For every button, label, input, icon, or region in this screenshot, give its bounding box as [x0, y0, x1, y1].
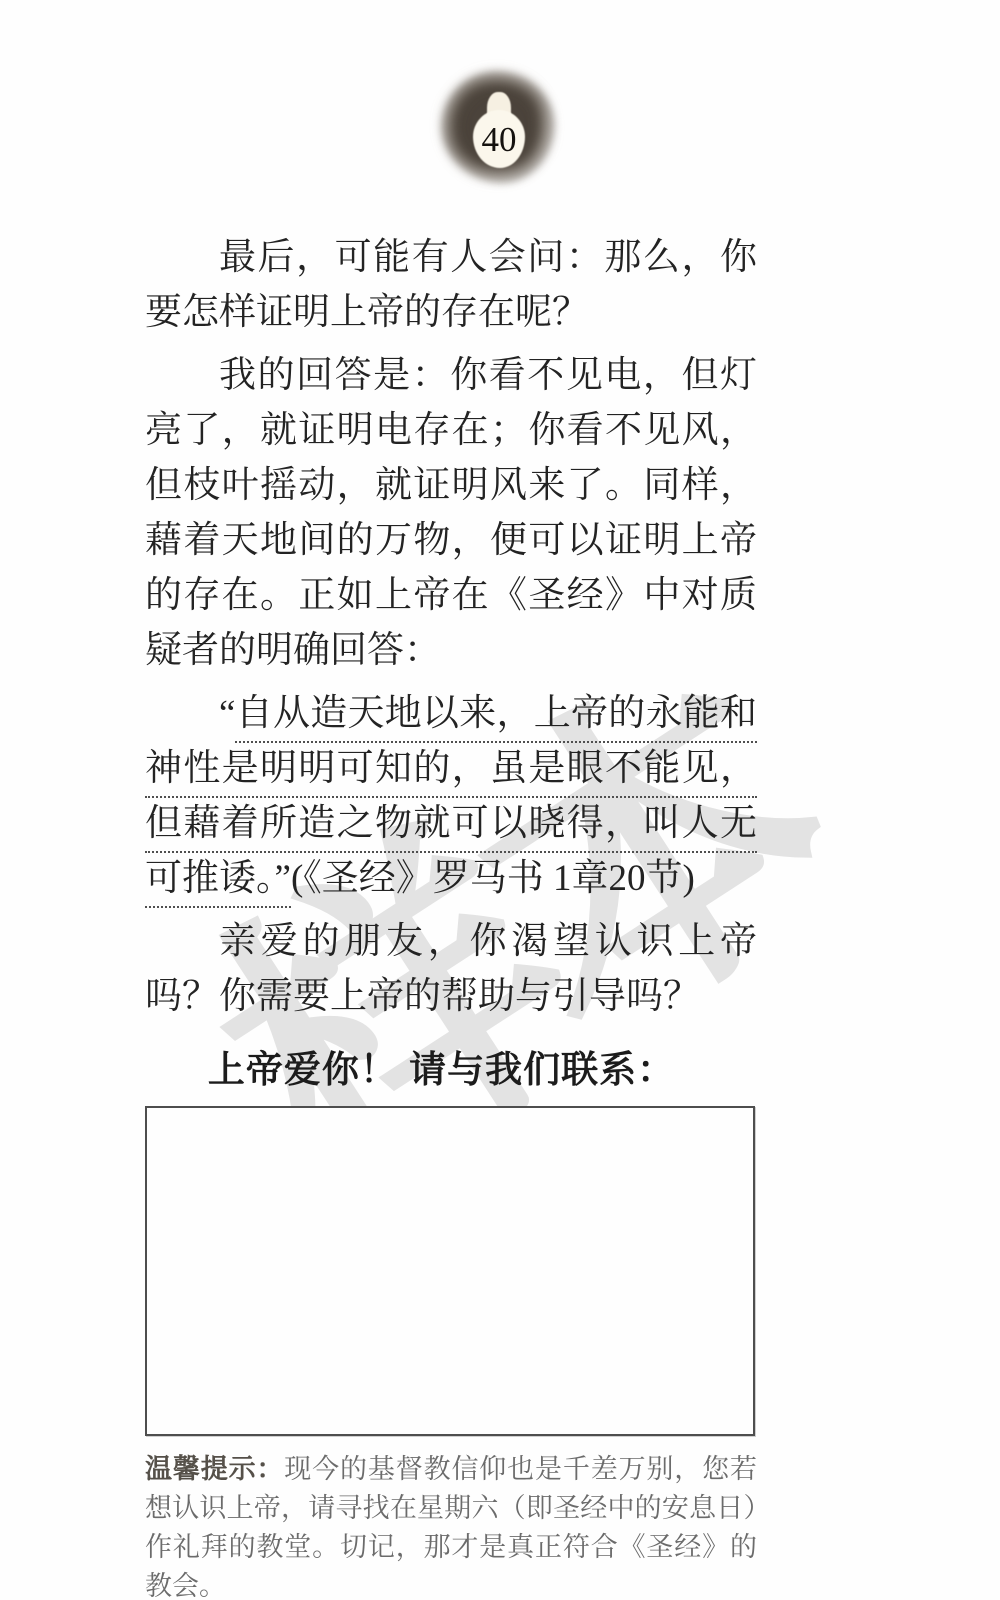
paragraph-answer: 我的回答是：你看不见电，但灯亮了，就证明电存在；你看不见风，但枝叶摇动，就证明风… — [145, 348, 757, 678]
quote-open-mark: “ — [219, 693, 235, 734]
quote-source-reference: (《圣经》罗马书 1章20节) — [291, 858, 695, 899]
page-number: 40 — [473, 120, 525, 160]
page-number-badge: 40 — [436, 62, 562, 194]
scripture-quote-paragraph: “自从造天地以来，上帝的永能和神性是明明可知的，虽是眼不能见，但藉着所造之物就可… — [145, 686, 757, 906]
text-column: 最后，可能有人会问：那么，你要怎样证明上帝的存在呢？ 我的回答是：你看不见电，但… — [145, 230, 757, 1600]
contact-heading: 上帝爱你！ 请与我们联系： — [145, 1048, 757, 1092]
paragraph-question: 最后，可能有人会问：那么，你要怎样证明上帝的存在呢？ — [145, 230, 757, 340]
footer-note-label: 温馨提示： — [145, 1454, 284, 1484]
paragraph-invitation: 亲爱的朋友，你渴望认识上帝吗？你需要上帝的帮助与引导吗？ — [145, 914, 757, 1024]
footer-note: 温馨提示：现今的基督教信仰也是千差万别，您若想认识上帝，请寻找在星期六（即圣经中… — [145, 1450, 757, 1600]
book-page: 样本 40 最后，可能有人会问：那么，你要怎样证明上帝的存在呢？ 我的回答是：你… — [0, 0, 1000, 1600]
contact-box — [145, 1106, 755, 1436]
